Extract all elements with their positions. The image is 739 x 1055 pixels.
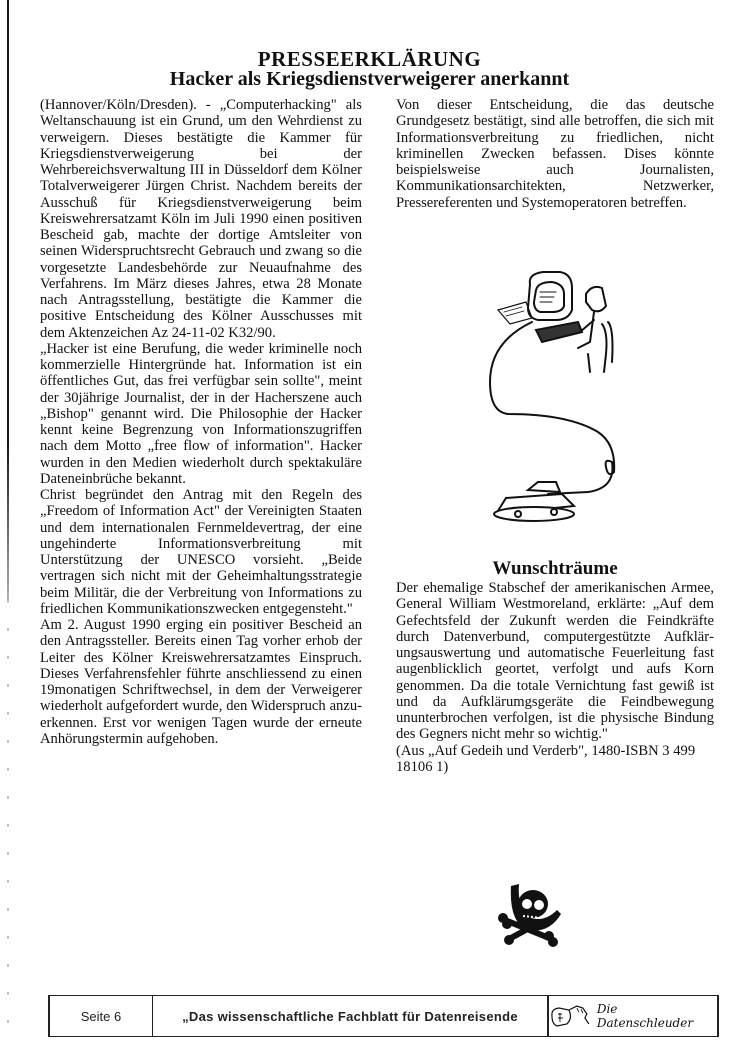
section-heading: Wunschträume [396, 558, 714, 580]
paragraph: Christ begründet den Antrag mit den Re­g… [40, 487, 362, 617]
right-column: Von dieser Entscheidung, die das deut­sc… [396, 97, 714, 211]
sidebar-article: Der ehemalige Stabschef der amerikani­sc… [396, 580, 714, 775]
publication-brand: Die Datenschleuder [549, 996, 717, 1036]
page-number: Seite 6 [50, 996, 153, 1036]
brand-name: Die Datenschleuder [597, 1002, 717, 1030]
hand-with-data-bag-icon [549, 1004, 593, 1028]
page-footer: Seite 6 „Das wissenschaftliche Fachblatt… [48, 995, 719, 1037]
page-title: PRESSEERKLÄRUNG [0, 48, 739, 70]
paragraph: Am 2. August 1990 erging ein positi­ver … [40, 617, 362, 747]
paragraph: Von dieser Entscheidung, die das deut­sc… [396, 97, 714, 211]
quote-paragraph: Der ehemalige Stabschef der amerikani­sc… [396, 580, 714, 743]
paragraph: (Hannover/Köln/Dresden). - „Computer­hac… [40, 97, 362, 341]
hacker-at-computer-cable-to-tank-icon [468, 262, 628, 522]
paragraph: „Hacker ist eine Berufung, die weder kri… [40, 341, 362, 487]
skull-posthorn-icon [497, 880, 562, 948]
margin-rule-faded [7, 600, 9, 1040]
publication-tagline: „Das wissenschaftliche Fachblatt für Dat… [153, 996, 549, 1036]
article-headline: Hacker als Kriegsdienstverweigerer anerk… [0, 68, 739, 90]
citation: (Aus „Auf Gedeih und Verderb", 1480-ISBN… [396, 743, 714, 776]
margin-rule [7, 0, 9, 600]
left-column: (Hannover/Köln/Dresden). - „Computer­hac… [40, 97, 362, 747]
